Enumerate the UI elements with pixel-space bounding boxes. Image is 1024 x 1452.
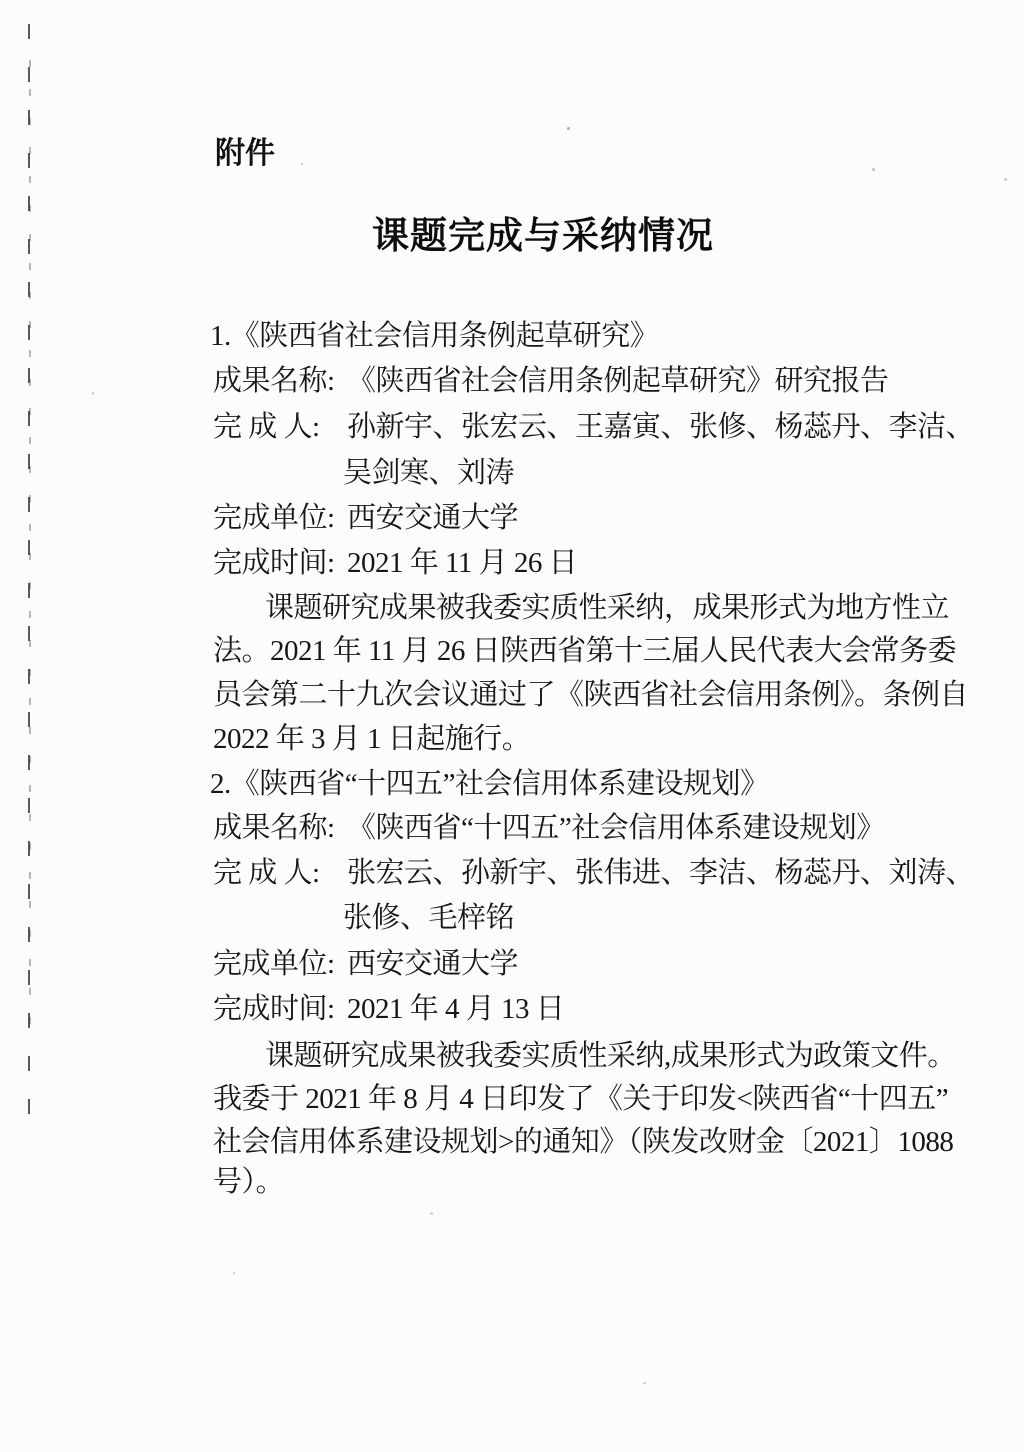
project-1-date-row: 完成时间:2021 年 11 月 26 日 bbox=[213, 545, 577, 581]
scan-speck bbox=[872, 168, 875, 171]
project-1-unit-row: 完成单位:西安交通大学 bbox=[213, 500, 518, 536]
result-name-value: 《陕西省“十四五”社会信用体系建设规划》 bbox=[347, 812, 885, 844]
document-title: 课题完成与采纳情况 bbox=[207, 212, 879, 260]
unit-label: 完成单位: bbox=[213, 500, 347, 536]
date-label: 完成时间: bbox=[213, 545, 347, 581]
scan-artifact-dashed-line-faint bbox=[29, 60, 31, 1040]
project-2-date-row: 完成时间:2021 年 4 月 13 日 bbox=[213, 991, 564, 1027]
project-2-heading: 2.《陕西省“十四五”社会信用体系建设规划》 bbox=[210, 766, 769, 802]
project-2-result-name-row: 成果名称:《陕西省“十四五”社会信用体系建设规划》 bbox=[213, 810, 885, 846]
authors-label: 完 成 人: bbox=[213, 409, 347, 445]
unit-value: 西安交通大学 bbox=[347, 948, 518, 980]
authors-value: 孙新宇、张宏云、王嘉寅、张修、杨蕊丹、李洁、 bbox=[347, 411, 974, 443]
scan-speck bbox=[567, 127, 570, 130]
date-value: 2021 年 11 月 26 日 bbox=[347, 547, 577, 579]
project-1-authors-continuation: 吴剑寒、刘涛 bbox=[343, 455, 514, 491]
project-1-authors-row: 完 成 人:孙新宇、张宏云、王嘉寅、张修、杨蕊丹、李洁、 bbox=[213, 409, 974, 445]
result-name-value: 《陕西省社会信用条例起草研究》研究报告 bbox=[347, 365, 889, 397]
result-name-label: 成果名称: bbox=[213, 363, 347, 399]
project-1-adoption-line-3: 员会第二十九次会议通过了《陕西省社会信用条例》。条例自 bbox=[213, 677, 968, 713]
project-1-heading: 1.《陕西省社会信用条例起草研究》 bbox=[210, 318, 658, 354]
project-2-adoption-line-2: 我委于 2021 年 8 月 4 日印发了《关于印发<陕西省“十四五” bbox=[213, 1081, 948, 1117]
project-1-adoption-line-1: 课题研究成果被我委实质性采纳，成果形式为地方性立 bbox=[265, 590, 949, 626]
project-1-result-name-row: 成果名称:《陕西省社会信用条例起草研究》研究报告 bbox=[213, 363, 889, 399]
scan-speck bbox=[92, 392, 94, 395]
unit-label: 完成单位: bbox=[213, 946, 347, 982]
date-label: 完成时间: bbox=[213, 991, 347, 1027]
scanned-document-page: 附件 课题完成与采纳情况 1.《陕西省社会信用条例起草研究》 成果名称:《陕西省… bbox=[0, 0, 1024, 1452]
scan-speck bbox=[430, 1212, 433, 1215]
date-value: 2021 年 4 月 13 日 bbox=[347, 993, 564, 1025]
authors-label: 完 成 人: bbox=[213, 855, 347, 891]
scan-speck bbox=[233, 1272, 235, 1274]
scan-speck bbox=[301, 163, 303, 165]
project-2-adoption-line-1: 课题研究成果被我委实质性采纳,成果形式为政策文件。 bbox=[265, 1038, 956, 1074]
scan-speck bbox=[1004, 178, 1007, 181]
project-2-adoption-line-3: 社会信用体系建设规划>的通知》（陕发改财金〔2021〕1088 bbox=[213, 1124, 953, 1160]
project-1-adoption-line-4: 2022 年 3 月 1 日起施行。 bbox=[213, 721, 530, 757]
project-1-adoption-line-2: 法。2021 年 11 月 26 日陕西省第十三届人民代表大会常务委 bbox=[213, 633, 956, 669]
project-2-adoption-line-4: 号）。 bbox=[213, 1164, 284, 1200]
attachment-label: 附件 bbox=[215, 137, 275, 171]
scan-speck bbox=[643, 1382, 646, 1384]
project-2-unit-row: 完成单位:西安交通大学 bbox=[213, 946, 518, 982]
project-2-authors-row: 完 成 人:张宏云、孙新宇、张伟进、李洁、杨蕊丹、刘涛、 bbox=[213, 855, 974, 891]
project-2-authors-continuation: 张修、毛梓铭 bbox=[343, 900, 514, 936]
result-name-label: 成果名称: bbox=[213, 810, 347, 846]
authors-value: 张宏云、孙新宇、张伟进、李洁、杨蕊丹、刘涛、 bbox=[347, 857, 974, 889]
unit-value: 西安交通大学 bbox=[347, 502, 518, 534]
